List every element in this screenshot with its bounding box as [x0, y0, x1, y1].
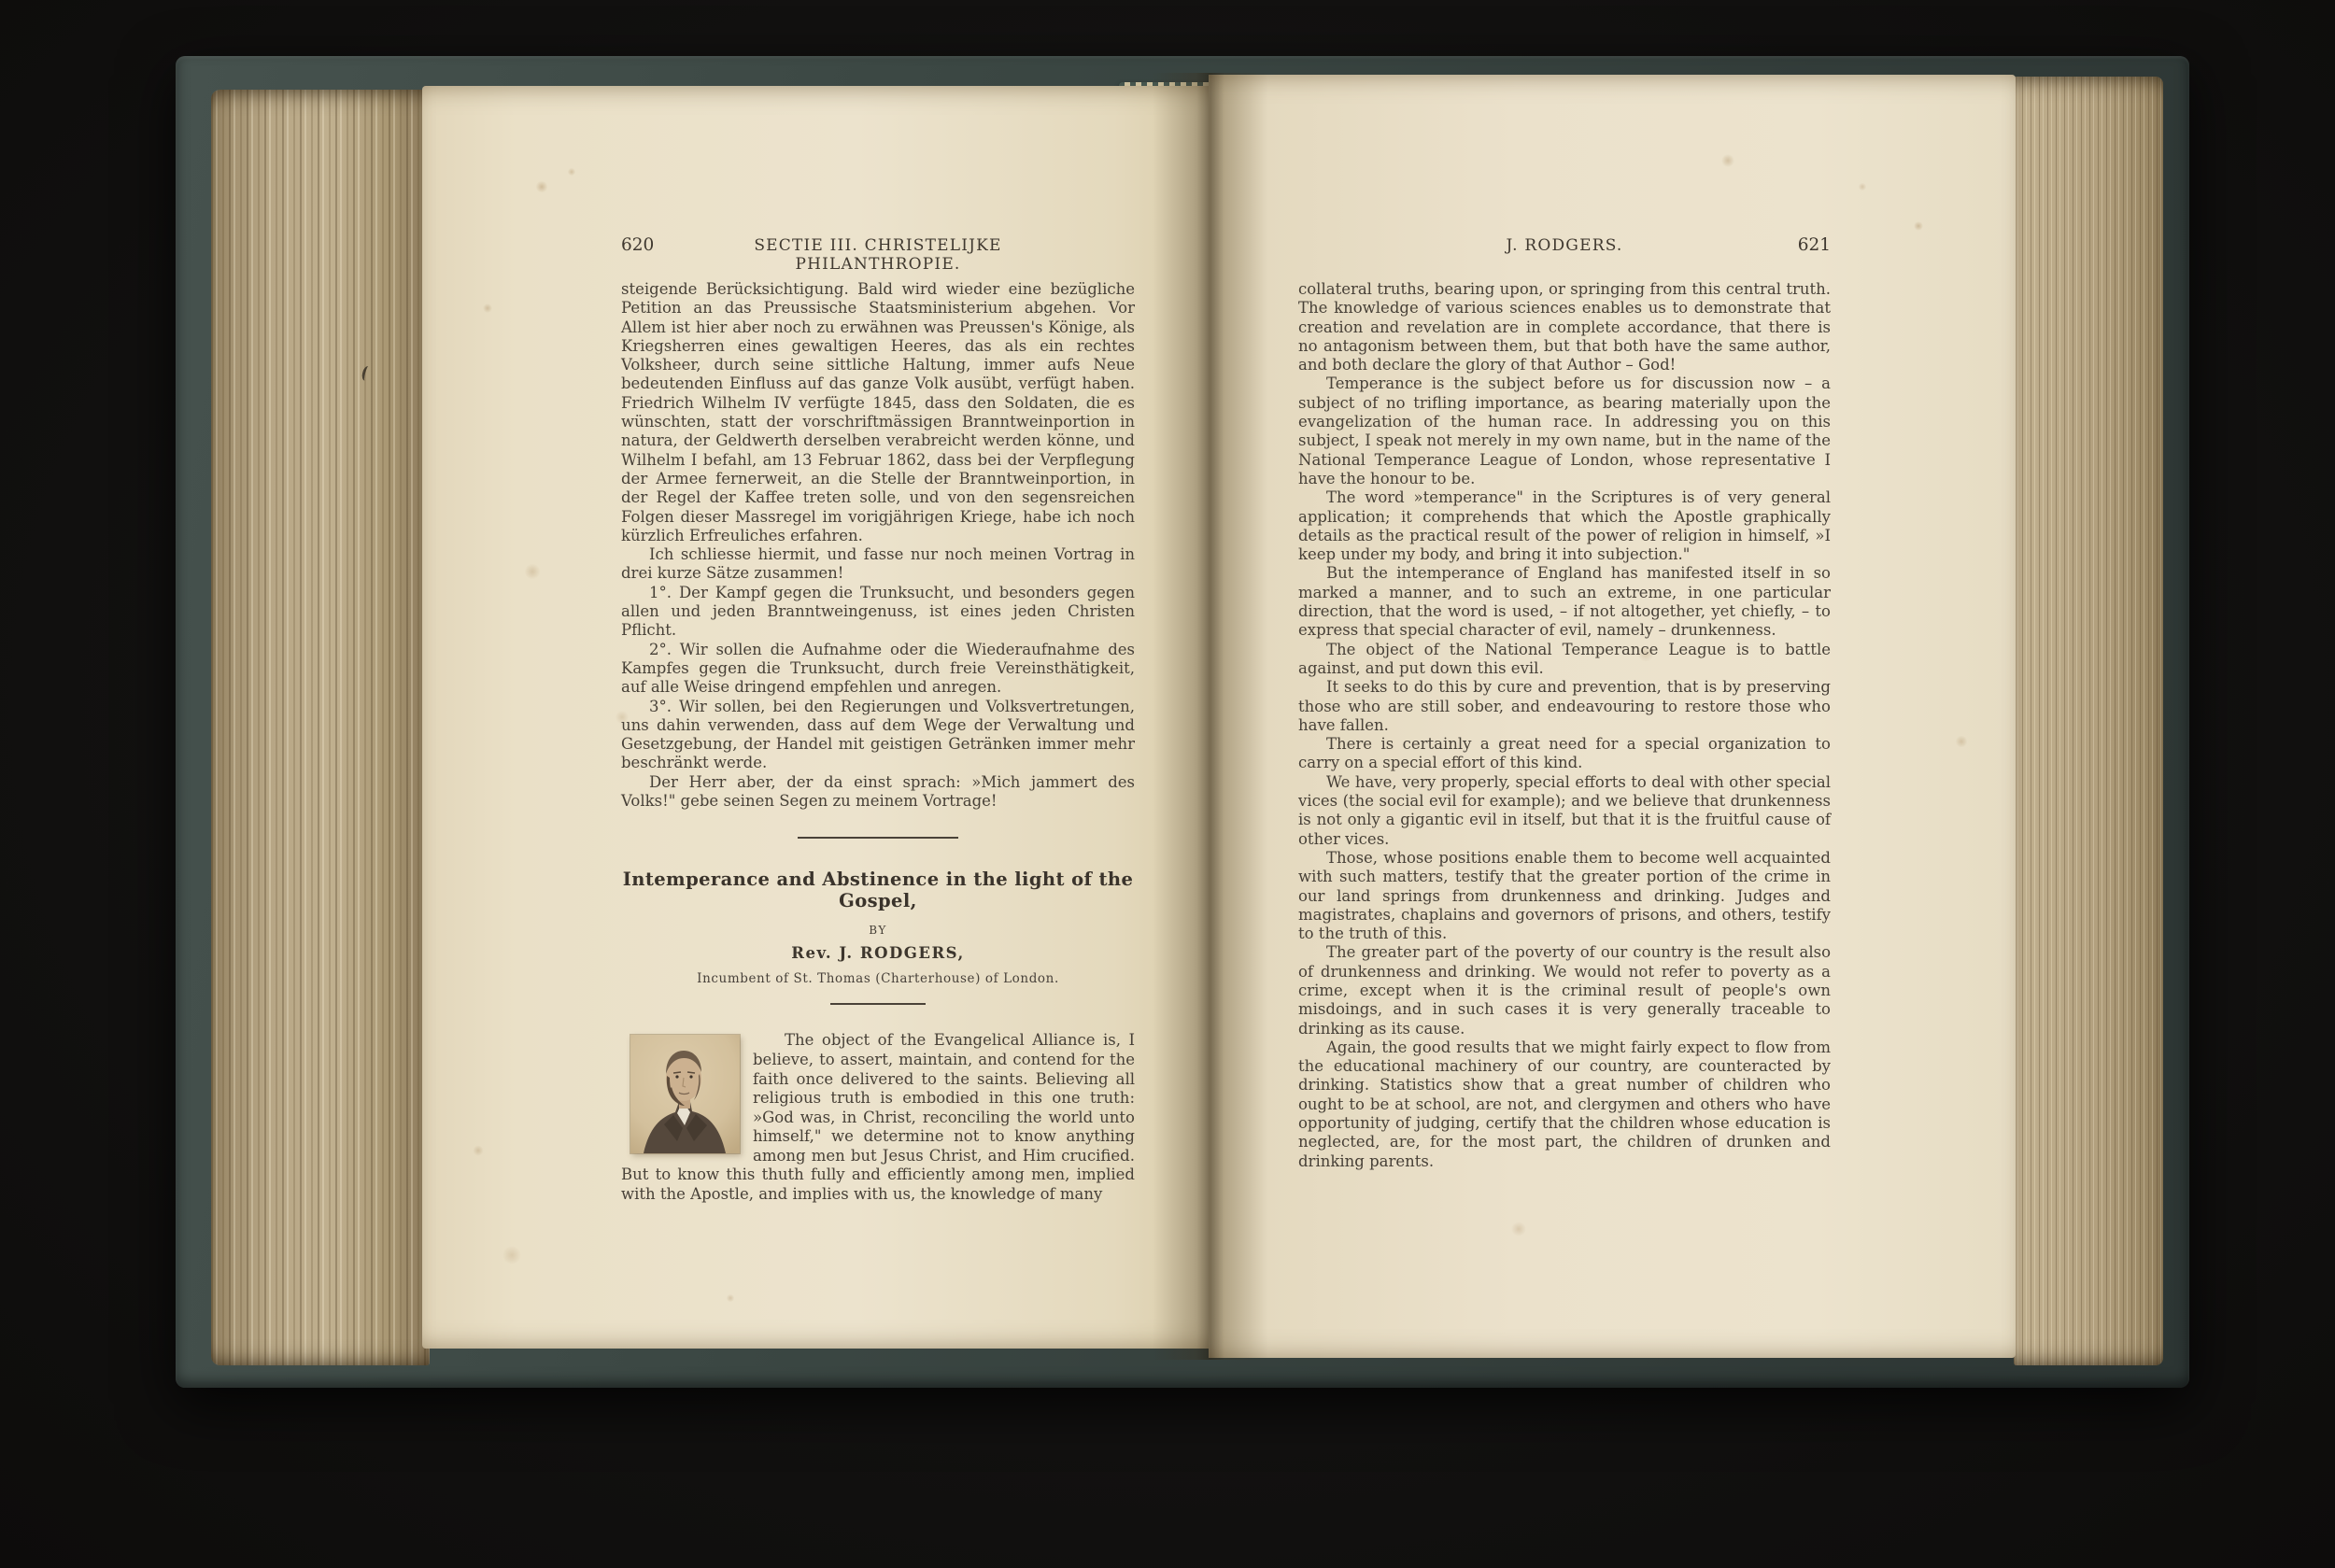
book-photograph: 620 SECTIE III. CHRISTELIJKE PHILANTHROP…: [0, 0, 2335, 1568]
article-title: Intemperance and Abstinence in the light…: [621, 869, 1135, 911]
paragraph: 1°. Der Kampf gegen die Trunksucht, und …: [621, 584, 1135, 641]
article-byline: BY: [621, 924, 1135, 937]
separator-rule: [830, 1003, 926, 1005]
left-running-head: 620 SECTIE III. CHRISTELIJKE PHILANTHROP…: [621, 235, 1135, 260]
right-page-text-column: J. RODGERS. 621 collateral truths, beari…: [1298, 235, 1831, 1171]
paragraph: Those, whose positions enable them to be…: [1298, 849, 1831, 943]
page-number: 621: [1771, 235, 1831, 255]
right-body-text: collateral truths, bearing upon, or spri…: [1298, 280, 1831, 1171]
article-intro: The object of the Evangelical Alliance i…: [621, 1031, 1135, 1204]
paragraph: 2°. Wir sollen die Aufnahme oder die Wie…: [621, 641, 1135, 698]
paragraph: We have, very properly, special efforts …: [1298, 773, 1831, 849]
paragraph: But the intemperance of England has mani…: [1298, 564, 1831, 640]
article-author-role: Incumbent of St. Thomas (Charterhouse) o…: [621, 971, 1135, 986]
right-page-edges: [2014, 77, 2163, 1365]
right-running-head: J. RODGERS. 621: [1298, 235, 1831, 260]
running-title: SECTIE III. CHRISTELIJKE PHILANTHROPIE.: [681, 236, 1075, 274]
paragraph: Ich schliesse hiermit, und fasse nur noc…: [621, 545, 1135, 584]
paragraph: Der Herr aber, der da einst sprach: »Mic…: [621, 773, 1135, 812]
running-title: J. RODGERS.: [1358, 236, 1771, 255]
paragraph: It seeks to do this by cure and preventi…: [1298, 678, 1831, 735]
paragraph: Again, the good results that we might fa…: [1298, 1038, 1831, 1171]
left-page-edges: [211, 90, 430, 1365]
left-body-text: steigende Berücksichtigung. Bald wird wi…: [621, 280, 1135, 811]
article-author: Rev. J. RODGERS,: [621, 944, 1135, 962]
separator-rule: [798, 837, 958, 839]
paragraph: The object of the National Temperance Le…: [1298, 641, 1831, 679]
paragraph: Temperance is the subject before us for …: [1298, 374, 1831, 488]
left-page-text-column: 620 SECTIE III. CHRISTELIJKE PHILANTHROP…: [621, 235, 1135, 1205]
paragraph: collateral truths, bearing upon, or spri…: [1298, 280, 1831, 374]
paragraph: 3°. Wir sollen, bei den Regierungen und …: [621, 698, 1135, 773]
page-number: 620: [621, 235, 681, 255]
portrait-photo: [630, 1035, 740, 1153]
paragraph: The greater part of the poverty of our c…: [1298, 943, 1831, 1038]
paragraph: There is certainly a great need for a sp…: [1298, 735, 1831, 773]
paragraph: The word »temperance" in the Scriptures …: [1298, 488, 1831, 564]
paragraph: steigende Berücksichtigung. Bald wird wi…: [621, 280, 1135, 545]
